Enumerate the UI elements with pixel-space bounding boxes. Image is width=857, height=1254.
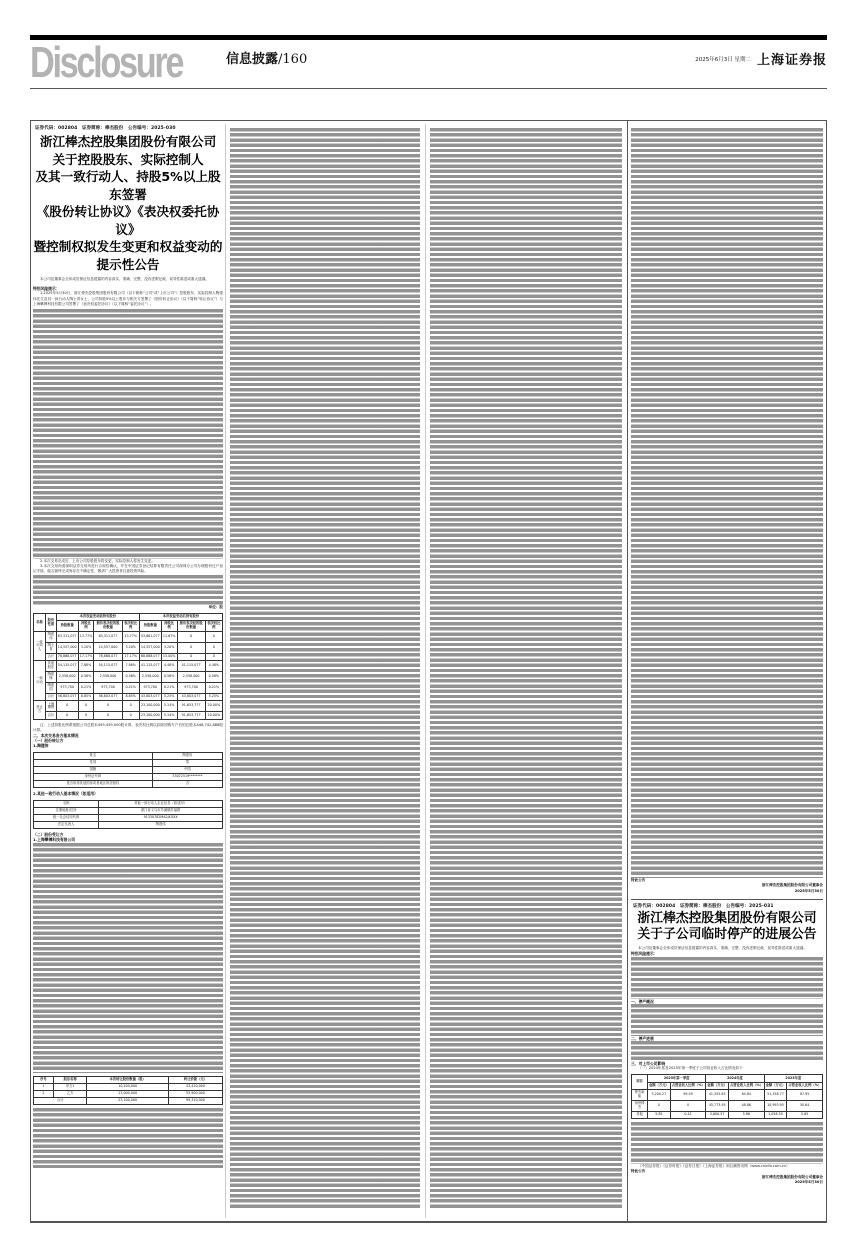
article-1-column-2 (230, 128, 420, 1216)
column-divider (225, 124, 226, 1218)
article-1-column-3 (430, 128, 622, 1216)
table-note: 注：上述持股比例系根据公司总股本459,459,000股计算，表决权比例以扣除回… (33, 723, 223, 733)
table-row: 棒杰新能3,200.2799.5941,355.8584.8451,358.77… (632, 1089, 823, 1100)
table-subheader: 占营业收入比例（%） (670, 1082, 706, 1089)
newspaper-logo: 上海证券报 (757, 49, 827, 68)
table-subheader: 表决权比例 (122, 621, 139, 632)
table-row: 其他5.850.415,600.575.861,058.555.65 (632, 1111, 823, 1118)
company-info-table: 名称其他一致行动人企业信息（如适用） 注册地址/住所浙江省义乌市苏溪镇苏福路 统… (33, 800, 223, 830)
table-row: 陶士青14,557,0003.20%14,557,0003.20%14,557,… (34, 643, 223, 654)
equity-change-table: 名称 股份性质 本次权益变动前持有股份 本次权益变动后持有股份 持股数量 持股比… (33, 613, 223, 719)
page-number: /160 (278, 52, 307, 67)
table-subheader: 表决权比例 (205, 621, 222, 632)
table-subheader: 拥有表决权的股份数量 (94, 621, 122, 632)
table-subheader: 金额（万元） (706, 1082, 729, 1089)
table-subheader: 金额（万元） (764, 1082, 787, 1089)
table-subheader: 持股数量 (139, 621, 161, 632)
subsection-heading: 2.其他一致行动人基本情况（如适用） (33, 791, 223, 796)
table-row: 合计000023,100,0005.14%91,653,77720.00% (34, 712, 223, 719)
body-text-block (631, 1004, 823, 1036)
table-row: 性别男 (34, 759, 223, 766)
body-text-block (430, 128, 622, 1208)
article-1-intro: 本公司及董事会全体成员保证信息披露的内容真实、准确、完整，没有虚假记载、误导性陈… (33, 277, 223, 282)
paragraph: 3.本次交易尚需深圳证券交易所进行合规性确认，并在中国证券登记结算有限责任公司深… (33, 564, 223, 574)
body-text-block (33, 309, 223, 559)
body-text-block (33, 575, 223, 605)
brand-word: Disclosure (30, 40, 182, 86)
masthead-bottom-rule (30, 88, 827, 89)
section-name: 信息披露 (226, 52, 278, 67)
table-header: 股份性质 (46, 614, 57, 632)
table-row: 法定代表人陶建伟 (34, 822, 223, 829)
table-row: 扬州棒杰0045,773.9548.8610,993.9550.64 (632, 1100, 823, 1111)
table-row: 一致行动人 陶建伟63,311,07713.77%63,311,07713.77… (34, 632, 223, 643)
article-2-sign-date: 2025年5月30日 (631, 1180, 823, 1185)
article-2-intro: 本公司及董事会全体成员保证信息披露的内容真实、准确、完整，没有虚假记载、误导性陈… (631, 946, 823, 951)
table-caption: （一）2024年度及2025年第一季度子公司营业收入占比情况如下： (631, 1066, 823, 1071)
table-row: 一致行动 其他股东54,115,0777.88%54,115,0777.88%4… (34, 661, 223, 672)
article-separator (631, 899, 823, 900)
article-1-column-1: 证券代码：002804 证券简称：棒杰股份 公告编号：2025-030 浙江棒杰… (33, 122, 223, 1220)
revenue-impact-table: 项目 2025年第一季度 2024年度 2023年度 金额（万元） 占营业收入比… (631, 1074, 823, 1118)
table-header: 项目 (632, 1075, 648, 1089)
table-row: 合计23,100,00099,310,000 (34, 1098, 223, 1105)
share-transfer-table: 序号 股东名称 本次转让股份数量（股） 转让价款（元） 1甲方110,100,0… (33, 1076, 223, 1106)
table-subheader: 持股比例 (161, 621, 177, 632)
table-header: 2023年度 (764, 1075, 822, 1082)
masthead-right: 2025年6月3日 星期二 上海证券报 (695, 49, 827, 68)
table-row: 合计56,803,0778.65%56,803,0778.65%43,803,0… (34, 694, 223, 701)
headline-line: 关于控股股东、实际控制人 (33, 151, 223, 169)
body-text-block (33, 1108, 223, 1168)
article-1-headline: 浙江棒杰控股集团股份有限公司 关于控股股东、实际控制人 及其一致行动人、持股5%… (33, 133, 223, 273)
issue-date: 2025年6月3日 星期二 (695, 55, 751, 63)
paragraph: 1.2025年5月30日，浙江棒杰控股集团股份有限公司（以下简称“公司”或“上市… (33, 291, 223, 307)
body-text-block (33, 843, 223, 1073)
article-2-headline: 浙江棒杰控股集团股份有限公司 关于子公司临时停产的进展公告 (631, 911, 823, 943)
table-header: 本次转让股份数量（股） (87, 1076, 168, 1083)
table-subheader: 占营业收入比例（%） (787, 1082, 823, 1089)
headline-line: 暨控制权拟发生变更和权益变动的 (33, 238, 223, 256)
table-subheader: 持股数量 (56, 621, 78, 632)
body-text-block (631, 957, 823, 999)
headline-line: 及其一致行动人、持股5%以上股东签署 (33, 168, 223, 203)
table-subheader: 金额（万元） (648, 1082, 671, 1089)
body-text-block (631, 128, 823, 878)
table-subheader: 占营业收入比例（%） (729, 1082, 765, 1089)
section-title: 信息披露/160 (226, 48, 307, 67)
body-text-block (631, 1122, 823, 1164)
table-row: 合计78,868,07717.17%78,868,07717.17%68,868… (34, 654, 223, 661)
column-divider (425, 124, 426, 1218)
headline-line: 关于子公司临时停产的进展公告 (631, 927, 823, 943)
table-row: 名称其他一致行动人企业信息（如适用） (34, 800, 223, 807)
table-row: 国籍中国 (34, 766, 223, 773)
right-column: 特此公告 浙江棒杰控股集团股份有限公司董事会 2025年5月30日 证券代码：0… (631, 128, 823, 1220)
table-header: 股东名称 (53, 1076, 87, 1083)
body-text-block (631, 1041, 823, 1061)
subsection-heading: 1.陶建伟 (33, 743, 223, 748)
table-row: 注册地址/住所浙江省义乌市苏溪镇苏福路 (34, 807, 223, 814)
body-text-block (230, 128, 420, 1208)
headline-line: 提示性公告 (33, 256, 223, 274)
transferor-info-table: 姓名陶建伟 性别男 国籍中国 身份证号码33072519******** 是否取… (33, 752, 223, 789)
table-subheader: 持股比例 (78, 621, 94, 632)
table-header: 序号 (34, 1076, 54, 1083)
page-bottom-rule (30, 1222, 827, 1223)
table-header: 名称 (34, 614, 46, 632)
table-row: 是否取得其他国家或者地区的居留权否 (34, 781, 223, 788)
table-header: 2024年度 (706, 1075, 764, 1082)
table-row: 陶建锋2,558,0000.56%2,558,0000.56%2,558,000… (34, 672, 223, 683)
table-row: 1甲方110,100,00043,410,000 (34, 1083, 223, 1090)
table-header: 本次权益变动后持有股份 (139, 614, 222, 621)
article-2-meta: 证券代码：002804 证券简称：棒杰股份 公告编号：2025-031 (633, 903, 823, 909)
article-1-meta: 证券代码：002804 证券简称：棒杰股份 公告编号：2025-030 (35, 125, 223, 131)
table-header: 本次权益变动前持有股份 (56, 614, 139, 621)
article-1-sign-date: 2025年5月30日 (631, 889, 823, 894)
headline-line: 《股份转让协议》《表决权委托协议》 (33, 203, 223, 238)
table-row: 姓名陶建伟 (34, 752, 223, 759)
table-row: 身份证号码33072519******** (34, 774, 223, 781)
unit-note: 单位：股 (33, 605, 223, 610)
table-header: 2025年第一季度 (648, 1075, 706, 1082)
table-row: 2乙方13,000,00055,900,000 (34, 1091, 223, 1098)
headline-line: 浙江棒杰控股集团股份有限公司 (631, 911, 823, 927)
masthead: Disclosure 信息披露/160 2025年6月3日 星期二 上海证券报 (30, 40, 827, 86)
table-row: 陶建国973,7000.21%973,7000.21%973,7000.21%9… (34, 683, 223, 694)
table-row: 受让方 上海攀搏000023,100,0005.14%91,653,77720.… (34, 701, 223, 712)
table-row: 统一社会信用代码91330782MA2JXXXX (34, 814, 223, 821)
table-header: 转让价款（元） (168, 1076, 222, 1083)
table-subheader: 拥有表决权的股份数量 (177, 621, 205, 632)
headline-line: 浙江棒杰控股集团股份有限公司 (33, 133, 223, 151)
